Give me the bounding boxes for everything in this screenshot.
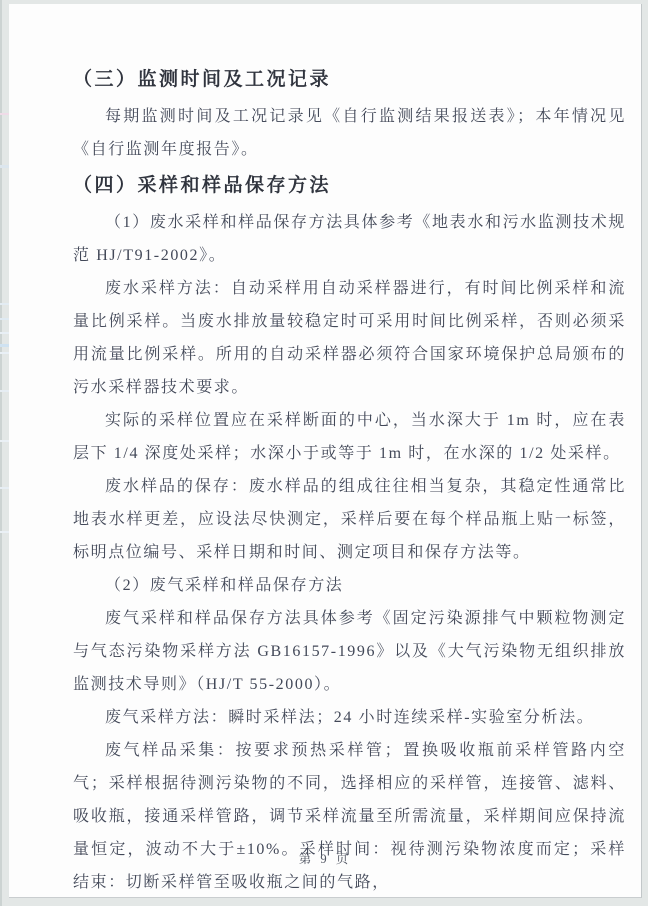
paragraph: 废气样品采集：按要求预热采样管；置换吸收瓶前采样管路内空气；采样根据待测污染物的…	[73, 734, 626, 899]
paragraph: 废气采样和样品保存方法具体参考《固定污染源排气中颗粒物测定与气态污染物采样方法 …	[73, 602, 626, 701]
scanner-edge-shadow	[0, 0, 2, 906]
section-heading-4: （四）采样和样品保存方法	[73, 166, 626, 206]
page-number: 第 9 页	[9, 849, 641, 867]
paragraph: （2）废气采样和样品保存方法	[73, 569, 626, 602]
scan-artifact	[0, 113, 9, 115]
scanned-document-page: { "document": { "blocks": [ { "type": "h…	[0, 0, 648, 906]
scan-artifact	[0, 531, 9, 533]
paragraph: 实际的采样位置应在采样断面的中心，当水深大于 1m 时，应在表层下 1/4 深度…	[73, 404, 626, 470]
scan-artifact	[0, 440, 9, 442]
paragraph: 废气采样方法：瞬时采样法；24 小时连续采样-实验室分析法。	[73, 701, 626, 734]
paragraph: 废水采样方法：自动采样用自动采样器进行，有时间比例采样和流量比例采样。当废水排放…	[73, 272, 626, 404]
document-body: （三）监测时间及工况记录 每期监测时间及工况记录见《自行监测结果报送表》；本年情…	[73, 60, 626, 899]
paragraph: 废水样品的保存：废水样品的组成往往相当复杂，其稳定性通常比地表水样更差，应设法尽…	[73, 470, 626, 569]
paragraph: 每期监测时间及工况记录见《自行监测结果报送表》；本年情况见《自行监测年度报告》。	[73, 100, 626, 166]
section-heading-3: （三）监测时间及工况记录	[73, 60, 626, 100]
scan-artifact	[0, 390, 9, 392]
paragraph: （1）废水采样和样品保存方法具体参考《地表水和污水监测技术规范 HJ/T91-2…	[73, 206, 626, 272]
document-page: （三）监测时间及工况记录 每期监测时间及工况记录见《自行监测结果报送表》；本年情…	[9, 4, 642, 898]
